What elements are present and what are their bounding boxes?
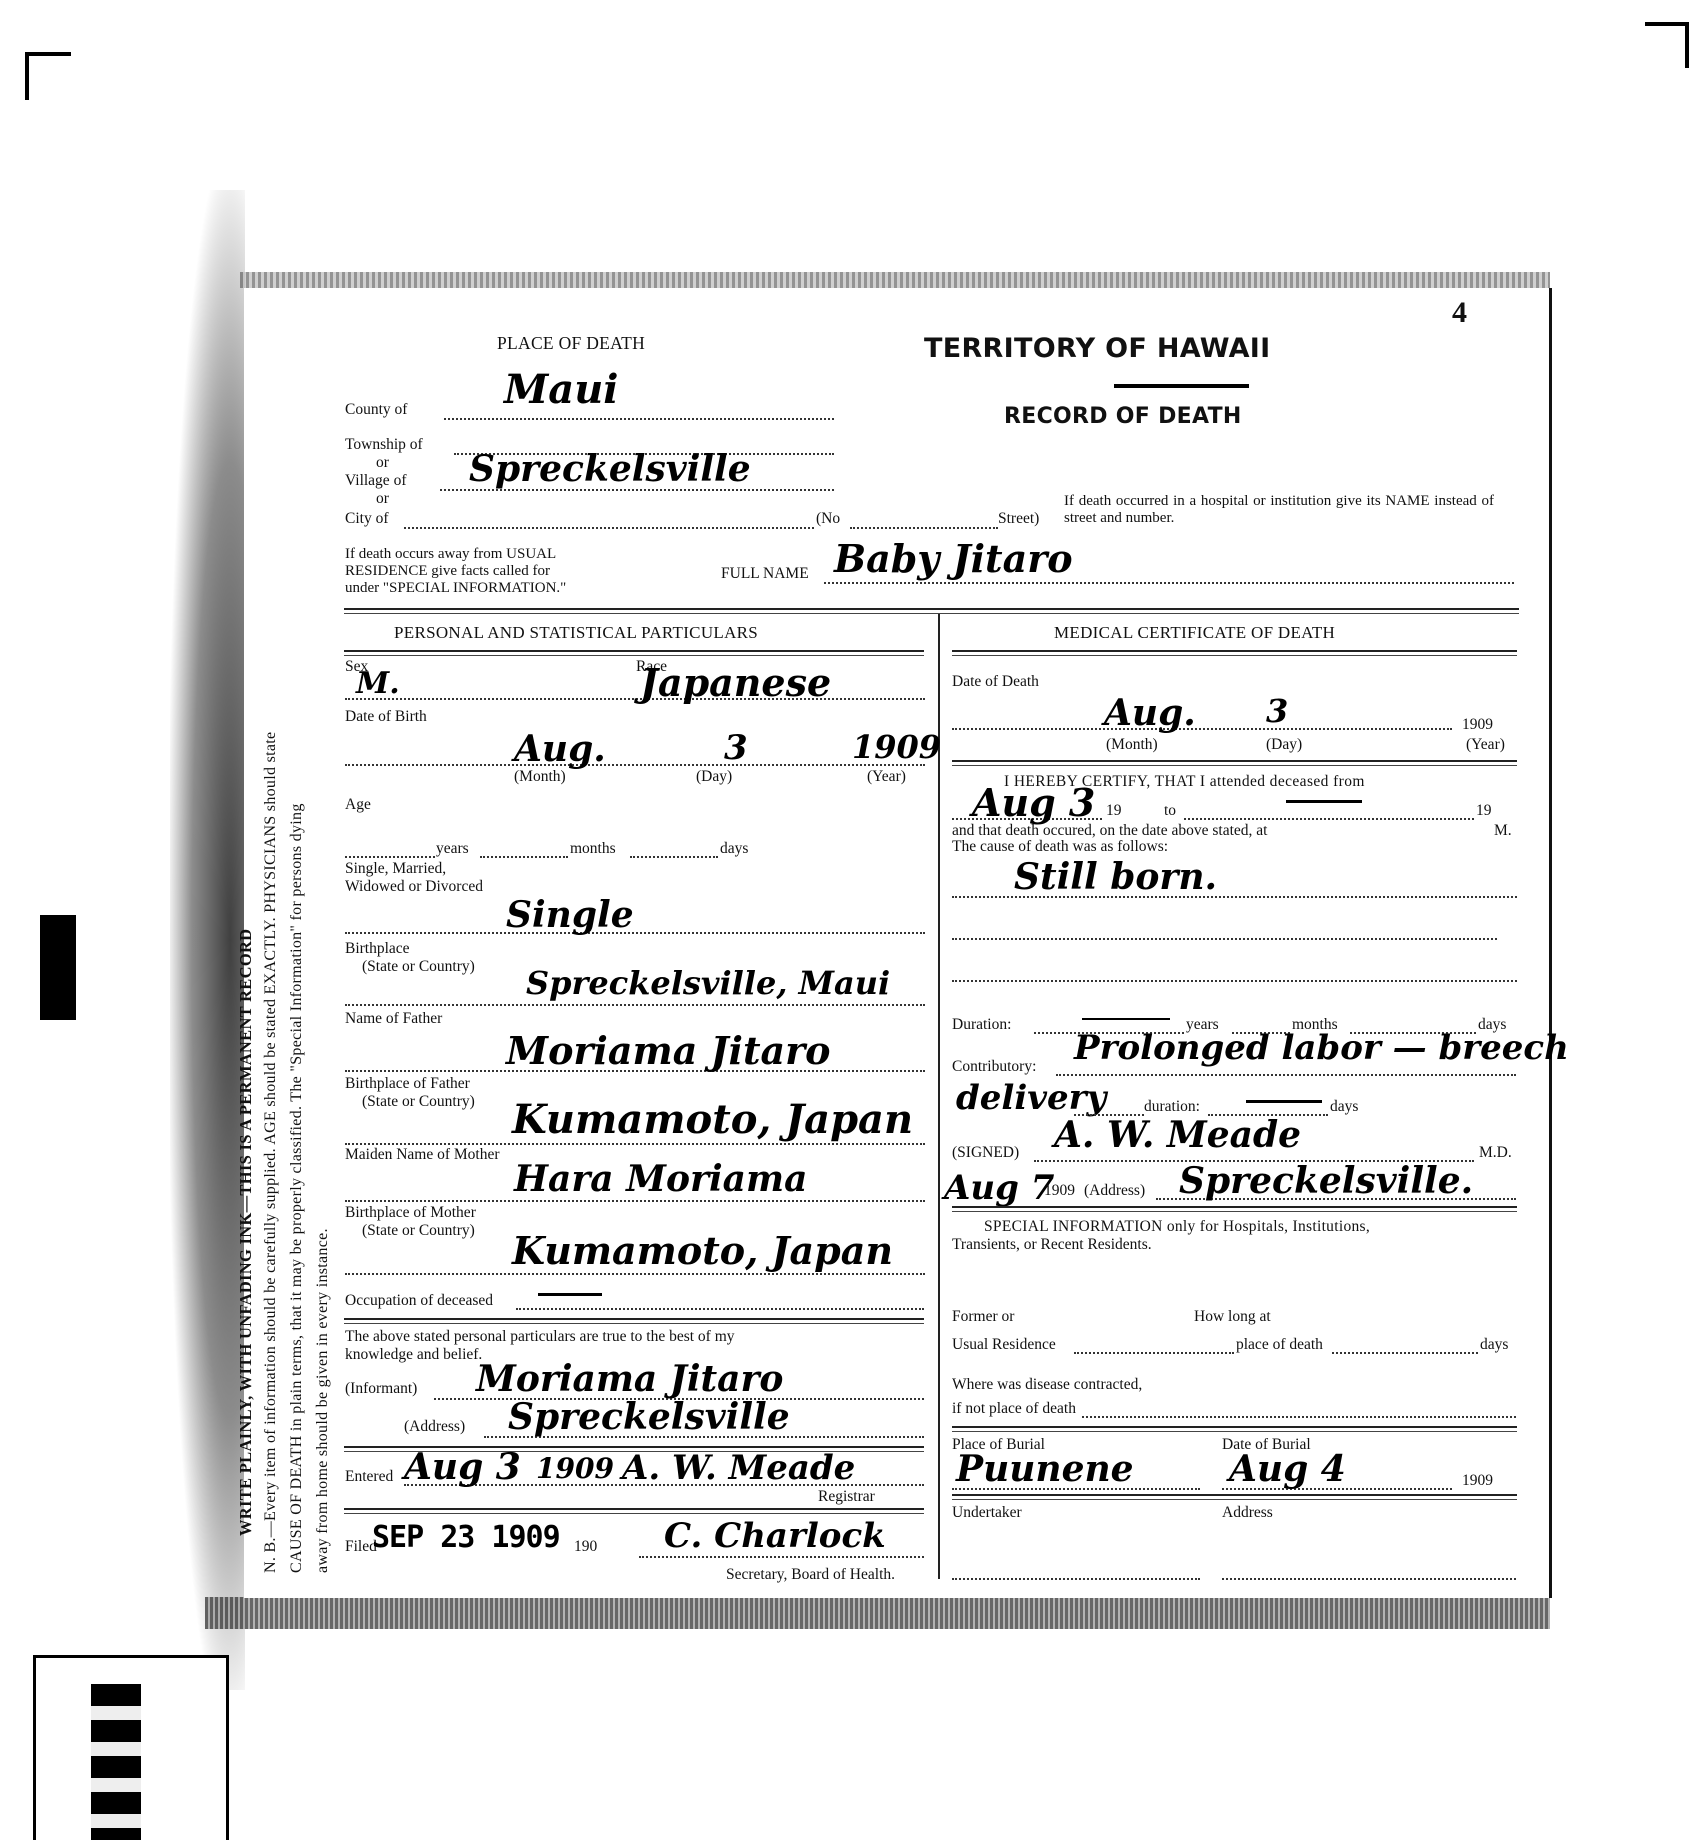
- age-label: Age: [345, 796, 371, 814]
- signed-label: (SIGNED): [952, 1144, 1019, 1162]
- age-years-label: years: [436, 840, 469, 858]
- usual-residence-note-2: RESIDENCE give facts called for: [345, 563, 550, 580]
- duration-label: Duration:: [952, 1016, 1011, 1034]
- section-rule-top: [344, 608, 1519, 614]
- street-label: Street): [998, 510, 1039, 528]
- nineteen-1: 19: [1106, 802, 1122, 820]
- usual-residence-note-3: under "SPECIAL INFORMATION.": [345, 580, 566, 597]
- dob-year: 1909: [852, 728, 941, 766]
- registrar-label: Registrar: [818, 1488, 875, 1506]
- marital-label-2: Widowed or Divorced: [345, 878, 483, 896]
- binder-tab-mark: [40, 915, 76, 1020]
- undertaker-address-line: [1222, 1578, 1516, 1580]
- dod-label: Date of Death: [952, 673, 1039, 691]
- entered-label: Entered: [345, 1468, 393, 1486]
- burial-place-value: Puunene: [956, 1448, 1134, 1490]
- age-years-line: [345, 856, 435, 858]
- dod-rule: [952, 760, 1517, 766]
- attended-to-dash: [1286, 800, 1362, 803]
- title-rule: [1114, 384, 1249, 388]
- dod-day: 3: [1266, 692, 1288, 730]
- place-of-death-heading: PLACE OF DEATH: [497, 333, 645, 354]
- county-label: County of: [345, 401, 407, 419]
- entered-year: 1909: [536, 1452, 614, 1485]
- record-title: RECORD OF DEATH: [1004, 404, 1242, 429]
- medical-heading-rule: [952, 650, 1517, 656]
- father-birthplace-value: Kumamoto, Japan: [512, 1096, 913, 1143]
- occupation-rule: [344, 1318, 924, 1324]
- how-long-line: [1332, 1352, 1478, 1354]
- father-birthplace-label: Birthplace of Father: [345, 1075, 470, 1093]
- how-long-label: How long at: [1194, 1308, 1271, 1326]
- dod-line: [952, 728, 1452, 730]
- dod-month: Aug.: [1104, 692, 1196, 734]
- medical-heading: MEDICAL CERTIFICATE OF DEATH: [1054, 623, 1335, 643]
- dod-day-caption: (Day): [1266, 736, 1302, 754]
- father-value: Moriama Jitaro: [506, 1028, 831, 1073]
- physician-address-value: Spreckelsville.: [1179, 1160, 1473, 1202]
- special-info-1: SPECIAL INFORMATION only for Hospitals, …: [984, 1218, 1370, 1236]
- days3-label: days: [1480, 1336, 1508, 1354]
- undertaker-label: Undertaker: [952, 1504, 1022, 1522]
- nineteen-2: 19: [1476, 802, 1492, 820]
- mother-birthplace-value: Kumamoto, Japan: [512, 1228, 893, 1273]
- informant-value: Moriama Jitaro: [476, 1358, 783, 1400]
- contributory-line: [1056, 1074, 1516, 1076]
- crop-mark-top-left: [25, 52, 71, 100]
- county-value: Maui: [504, 366, 618, 413]
- mother-label: Maiden Name of Mother: [345, 1146, 500, 1164]
- signed-date: Aug 7: [944, 1168, 1054, 1208]
- attended-from: Aug 3: [972, 780, 1095, 825]
- age-months-line: [480, 856, 568, 858]
- scan-shadow-left: [170, 190, 245, 1690]
- age-months-label: months: [570, 840, 616, 858]
- no-label: (No: [816, 510, 840, 528]
- birthplace-value: Spreckelsville, Maui: [526, 964, 890, 1002]
- or-label-1: or: [376, 454, 389, 472]
- mother-birthplace-state-label: (State or Country): [362, 1222, 475, 1240]
- burial-year: 1909: [1462, 1472, 1493, 1490]
- attended-to-line: [1184, 818, 1474, 820]
- filed-stamp: SEP 23 1909: [372, 1520, 560, 1555]
- duration2-dash: [1246, 1100, 1322, 1103]
- birthplace-line: [345, 1004, 925, 1006]
- special-info-2: Transients, or Recent Residents.: [952, 1236, 1152, 1254]
- personal-heading-rule: [344, 650, 924, 656]
- place-of-death-label: place of death: [1236, 1336, 1323, 1354]
- undertaker-line: [952, 1578, 1200, 1580]
- mother-value: Hara Moriama: [514, 1158, 807, 1200]
- dod-month-caption: (Month): [1106, 736, 1158, 754]
- cause-line-2: [952, 938, 1497, 940]
- side-note-write-plainly: WRITE PLAINLY, WITH UNFADING INK—THIS IS…: [236, 929, 256, 1536]
- personal-heading: PERSONAL AND STATISTICAL PARTICULARS: [394, 623, 758, 643]
- registrar-signature: A. W. Meade: [622, 1448, 855, 1488]
- where-contracted-line: [1082, 1416, 1516, 1418]
- where-contracted-2: if not place of death: [952, 1400, 1076, 1418]
- mother-line: [345, 1200, 925, 1202]
- filed-year-prefix: 190: [574, 1538, 597, 1556]
- informant-address-value: Spreckelsville: [508, 1396, 790, 1438]
- street-line: [850, 527, 998, 529]
- contributory-value-1: Prolonged labor — breech: [1074, 1028, 1569, 1068]
- marital-label-1: Single, Married,: [345, 860, 446, 878]
- burial-date-value: Aug 4: [1229, 1448, 1346, 1490]
- dod-year: 1909: [1462, 716, 1493, 734]
- occupation-label: Occupation of deceased: [345, 1292, 493, 1310]
- race-value: Japanese: [640, 660, 831, 705]
- md-label: M.D.: [1479, 1144, 1512, 1162]
- scan-shadow-top: [240, 272, 1550, 288]
- mother-birthplace-line: [345, 1273, 925, 1275]
- dob-year-caption: (Year): [867, 768, 906, 786]
- birthplace-state-label: (State or Country): [362, 958, 475, 976]
- death-record-form: WRITE PLAINLY, WITH UNFADING INK—THIS IS…: [244, 288, 1552, 1598]
- entered-date: Aug 3: [404, 1446, 521, 1488]
- sex-value: M.: [356, 666, 400, 701]
- secretary-signature: C. Charlock: [664, 1516, 886, 1556]
- village-label: Village of: [345, 472, 406, 490]
- territory-title: TERRITORY OF HAWAII: [924, 333, 1270, 364]
- dob-month-caption: (Month): [514, 768, 566, 786]
- usual-residence-note-1: If death occurs away from USUAL: [345, 546, 556, 563]
- cause-line-3: [952, 980, 1517, 982]
- cause-value: Still born.: [1014, 856, 1217, 898]
- father-birthplace-state-label: (State or Country): [362, 1093, 475, 1111]
- to-label: to: [1164, 802, 1176, 820]
- dob-day: 3: [724, 728, 748, 768]
- full-name-value: Baby Jitaro: [834, 536, 1073, 581]
- informant-label: (Informant): [345, 1380, 417, 1398]
- burial-rule: [952, 1494, 1517, 1500]
- secretary-label: Secretary, Board of Health.: [726, 1566, 895, 1584]
- side-note-nb: N. B.—Every item of information should b…: [262, 732, 280, 1573]
- full-name-label: FULL NAME: [721, 565, 809, 583]
- full-name-line: [824, 582, 1514, 584]
- scan-shadow-bottom: [205, 1597, 1550, 1629]
- contributory-value-2: delivery: [956, 1078, 1106, 1118]
- entered-rule: [344, 1508, 924, 1514]
- occupation-value-dash: [538, 1293, 602, 1296]
- marital-value: Single: [506, 894, 634, 936]
- father-label: Name of Father: [345, 1010, 442, 1028]
- birthplace-label: Birthplace: [345, 940, 410, 958]
- signed-rule: [952, 1206, 1517, 1212]
- usual-residence-label: Usual Residence: [952, 1336, 1056, 1354]
- duration-years-dash: [1082, 1018, 1170, 1020]
- side-note-away: away from home should be given in every …: [314, 1228, 332, 1573]
- page-number: 4: [1452, 296, 1467, 330]
- mother-birthplace-label: Birthplace of Mother: [345, 1204, 476, 1222]
- city-label: City of: [345, 510, 389, 528]
- dob-month: Aug.: [514, 728, 606, 770]
- occupation-line: [516, 1308, 924, 1310]
- age-days-label: days: [720, 840, 748, 858]
- days2-label: days: [1330, 1098, 1358, 1116]
- physician-signature: A. W. Meade: [1054, 1114, 1301, 1156]
- binder-stamp: [91, 1684, 141, 1840]
- dod-year-caption: (Year): [1466, 736, 1505, 754]
- dob-day-caption: (Day): [696, 768, 732, 786]
- former-label: Former or: [952, 1308, 1014, 1326]
- undertaker-address-label: Address: [1222, 1504, 1273, 1522]
- m-label: M.: [1494, 822, 1512, 840]
- village-value: Spreckelsville: [469, 448, 751, 490]
- county-line: [444, 418, 834, 420]
- where-contracted-rule: [952, 1426, 1517, 1432]
- side-note-cause: CAUSE OF DEATH in plain terms, that it m…: [288, 803, 306, 1573]
- age-days-line: [630, 856, 718, 858]
- signed-year: 1909: [1044, 1182, 1075, 1200]
- township-label: Township of: [345, 436, 423, 454]
- binder-tab-box: [33, 1655, 229, 1840]
- attest-text-1: The above stated personal particulars ar…: [345, 1328, 735, 1346]
- dob-line: [345, 764, 925, 766]
- city-line: [404, 527, 814, 529]
- attest-text-2: knowledge and belief.: [345, 1346, 482, 1364]
- where-contracted-1: Where was disease contracted,: [952, 1376, 1142, 1394]
- contributory-label: Contributory:: [952, 1058, 1036, 1076]
- secretary-line: [639, 1556, 924, 1558]
- usual-residence-line: [1074, 1352, 1234, 1354]
- or-label-2: or: [376, 490, 389, 508]
- cause-label: The cause of death was as follows:: [952, 838, 1168, 856]
- crop-mark-top-right: [1645, 22, 1689, 68]
- hospital-note: If death occurred in a hospital or insti…: [1064, 493, 1494, 527]
- informant-address-label: (Address): [404, 1418, 465, 1436]
- sex-race-line: [345, 698, 925, 700]
- dob-label: Date of Birth: [345, 708, 427, 726]
- father-birthplace-line: [345, 1143, 925, 1145]
- marital-line: [345, 932, 925, 934]
- physician-address-label: (Address): [1084, 1182, 1145, 1200]
